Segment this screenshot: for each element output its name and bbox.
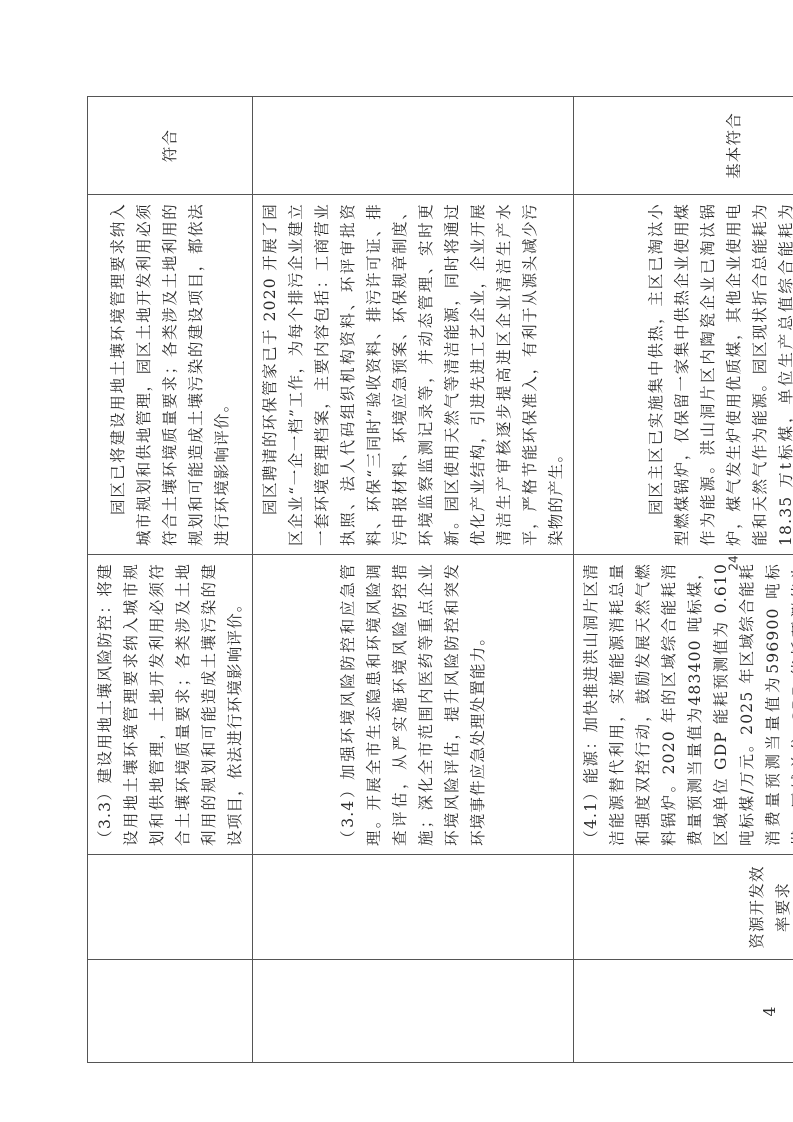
situation-text: 园区聘请的环保管家已于 2020 开展了园区企业“一企一档”工作，为每个排污企业… [257,203,569,546]
requirement-cell: （4.1）能源：加快推进洪山洞片区清洁能源替代利用，实施能源消耗总量和强度双控行… [574,555,793,855]
situation-cell: 园区主区已实施集中供热，主区已淘汰小型燃煤锅炉，仅保留一家集中供热企业使用煤作为… [574,195,793,555]
category-cell: 资源开发效率要求 [574,855,793,960]
conclusion-cell: 符合 [88,97,253,195]
requirement-cell: （3.3）建设用地土壤风险防控：将建设用地土壤环境管理要求纳入城市规划和供地管理… [88,555,253,855]
requirement-text: （4.1）能源：加快推进洪山洞片区清洁能源替代利用，实施能源消耗总量和强度双控行… [578,563,793,846]
table-row: （3.3）建设用地土壤风险防控：将建设用地土壤环境管理要求纳入城市规划和供地管理… [88,97,253,1063]
compliance-table-rotated: （3.3）建设用地土壤风险防控：将建设用地土壤环境管理要求纳入城市规划和供地管理… [87,97,712,1063]
compliance-table: （3.3）建设用地土壤风险防控：将建设用地土壤环境管理要求纳入城市规划和供地管理… [87,96,793,1063]
situation-cell: 园区已将建设用地土壤环境管理要求纳入城市规划和供地管理，园区土地开发利用必须符合… [88,195,253,555]
requirement-text: （3.3）建设用地土壤风险防控：将建设用地土壤环境管理要求纳入城市规划和供地管理… [92,563,248,846]
requirement-text: （3.4）加强环境风险防控和应急管理。开展全市生态隐患和环境风险调查评估，从严实… [335,563,491,846]
row-number-cell [88,960,253,1063]
row-number-cell [253,960,574,1063]
situation-cell: 园区聘请的环保管家已于 2020 开展了园区企业“一企一档”工作，为每个排污企业… [253,195,574,555]
conclusion-cell: 基本符合 [574,97,793,195]
requirement-cell: （3.4）加强环境风险防控和应急管理。开展全市生态隐患和环境风险调查评估，从严实… [253,555,574,855]
situation-text: 园区主区已实施集中供热，主区已淘汰小型燃煤锅炉，仅保留一家集中供热企业使用煤作为… [643,203,793,546]
page-number: 24 [727,555,741,570]
category-cell [88,855,253,960]
row-number-cell: 4 [574,960,793,1063]
category-cell [253,855,574,960]
situation-text: 园区已将建设用地土壤环境管理要求纳入城市规划和供地管理，园区土地开发利用必须符合… [105,203,235,546]
table-row: （3.4）加强环境风险防控和应急管理。开展全市生态隐患和环境风险调查评估，从严实… [253,97,574,1063]
conclusion-cell [253,97,574,195]
table-row: 4 资源开发效率要求 （4.1）能源：加快推进洪山洞片区清洁能源替代利用，实施能… [574,97,793,1063]
